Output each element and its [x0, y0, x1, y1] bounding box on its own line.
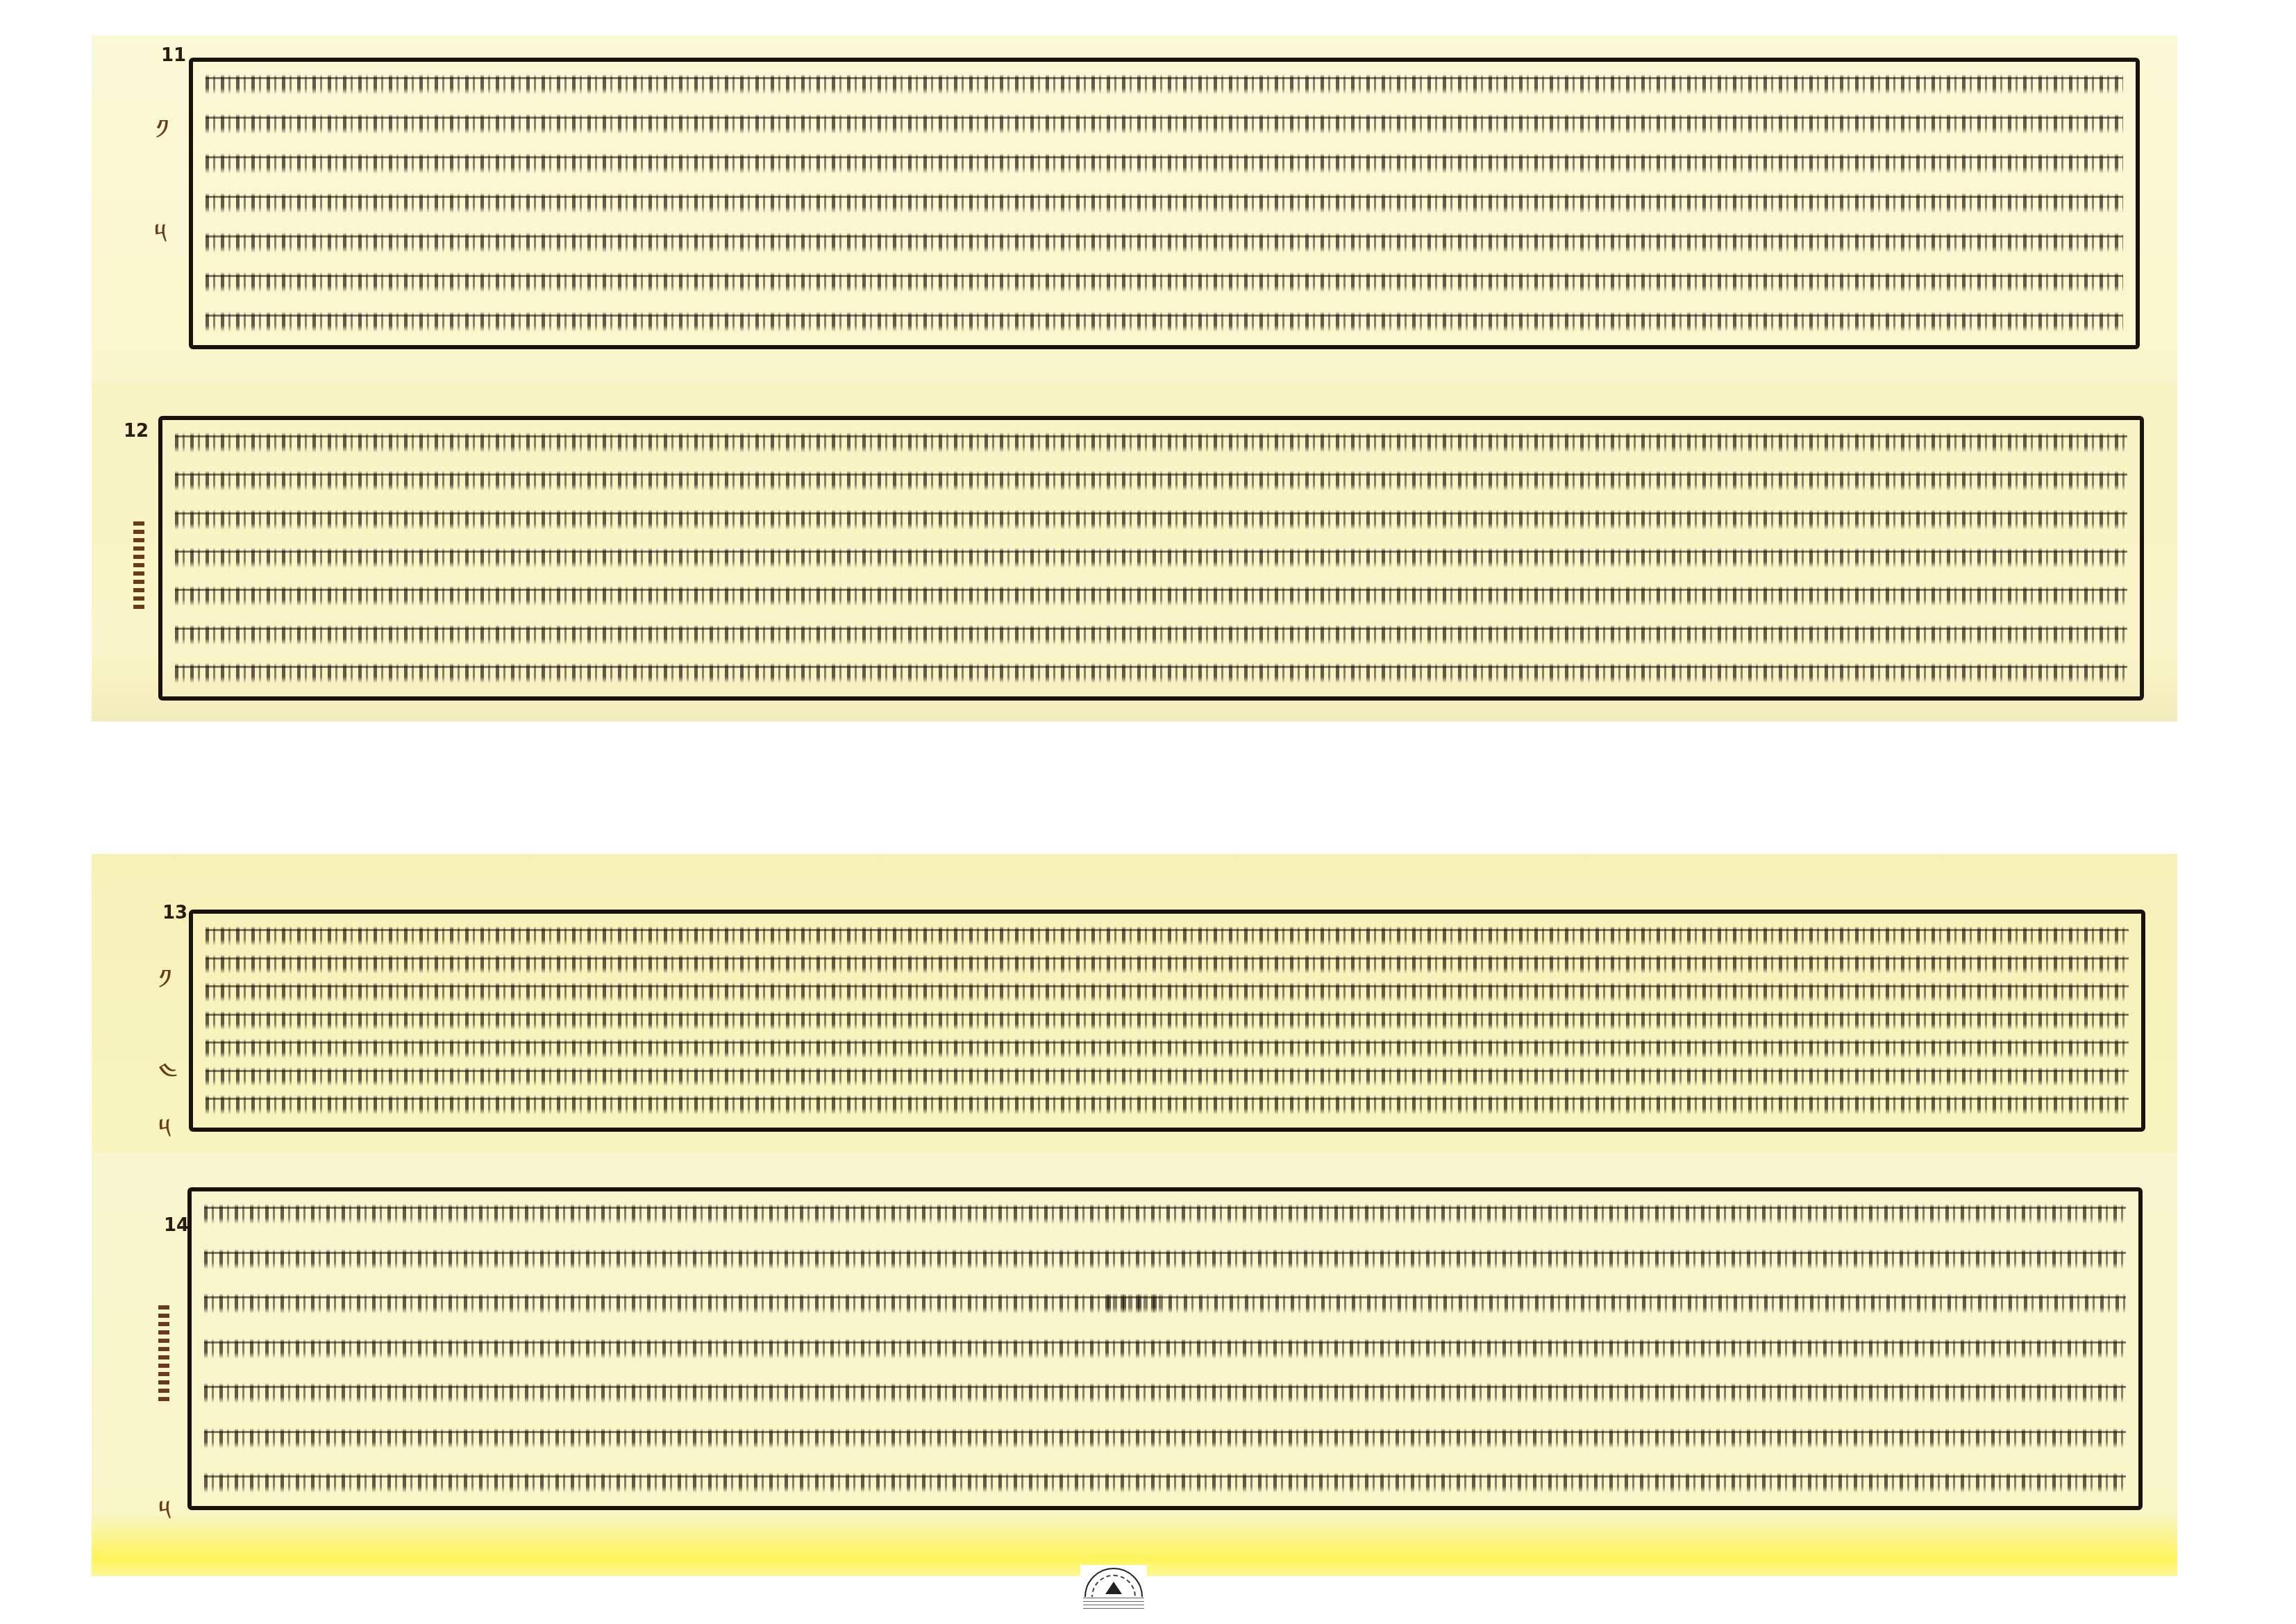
text-line: Tibetan handwritten text (not transcribe… — [206, 923, 2129, 952]
text-line: Tibetan handwritten text (not transcribe… — [204, 1470, 2126, 1499]
text-line: Tibetan handwritten text (not transcribe… — [206, 980, 2129, 1008]
margin-mark: ༥ — [154, 202, 167, 281]
seal-caption — [1083, 1598, 1144, 1609]
text-lines: Tibetan handwritten text (not transcribe… — [206, 923, 2129, 1121]
text-line: Tibetan handwritten text (not transcribe… — [175, 660, 2127, 689]
seal-mountain-icon — [1105, 1582, 1122, 1594]
text-line: Tibetan handwritten text (not transcribe… — [175, 583, 2127, 612]
upper-sheet: 11 ༡ ༥ Tibetan handwritten text (not tra… — [92, 35, 2177, 721]
text-line: Tibetan handwritten text (not transcribe… — [175, 545, 2127, 574]
text-line: Tibetan handwritten text (not transcribe… — [204, 1380, 2126, 1409]
page-number: 12 — [124, 421, 149, 442]
text-line: Tibetan handwritten text (not transcribe… — [175, 430, 2127, 459]
text-line: Tibetan handwritten text (not transcribe… — [175, 622, 2127, 651]
text-line: Tibetan handwritten text (not transcribe… — [206, 269, 2123, 299]
margin-mark: ༡ — [158, 948, 171, 1026]
text-frame: Tibetan handwritten text (not transcribe… — [158, 416, 2144, 701]
margin-mark: ༥ — [158, 1479, 171, 1557]
margin-note-vertical — [158, 1305, 169, 1403]
text-line: Tibetan handwritten text (not transcribe… — [204, 1425, 2126, 1455]
text-line: Tibetan handwritten text (not transcribe… — [204, 1201, 2126, 1230]
text-lines: Tibetan handwritten text (not transcribe… — [175, 430, 2127, 689]
text-frame: Tibetan handwritten text (not transcribe… — [189, 910, 2145, 1132]
text-line: Tibetan handwritten text (not transcribe… — [206, 1092, 2129, 1121]
folio-13: 13 ༡ ༤ ༥ Tibetan handwritten text (not t… — [92, 854, 2177, 1153]
text-line: Tibetan handwritten text (not transcribe… — [206, 309, 2123, 338]
text-line: Tibetan handwritten text (not transcribe… — [175, 468, 2127, 497]
text-line: Tibetan handwritten text (not transcribe… — [206, 1036, 2129, 1064]
publisher-seal-bottom — [1080, 1565, 1147, 1611]
page-number: 14 — [164, 1215, 189, 1236]
text-frame: Tibetan handwritten text (not transcribe… — [189, 58, 2140, 349]
page-number: 11 — [161, 45, 186, 66]
text-line: Tibetan handwritten text (not transcribe… — [206, 190, 2123, 219]
text-lines: Tibetan handwritten text (not transcribe… — [204, 1201, 2126, 1499]
folio-14: 14 ༥ Tibetan handwritten text (not trans… — [92, 1153, 2177, 1576]
text-line: Tibetan handwritten text (not transcribe… — [206, 72, 2123, 101]
text-line: Tibetan handwritten text (not transcribe… — [206, 1064, 2129, 1093]
text-line: Tibetan handwritten text (not transcribe… — [206, 111, 2123, 140]
lower-sheet: 13 ༡ ༤ ༥ Tibetan handwritten text (not t… — [92, 854, 2177, 1576]
text-lines: Tibetan handwritten text (not transcribe… — [206, 72, 2123, 338]
folio-11: 11 ༡ ༥ Tibetan handwritten text (not tra… — [92, 35, 2177, 383]
text-line: Tibetan handwritten text (not transcribe… — [204, 1336, 2126, 1365]
margin-note-vertical — [133, 521, 144, 612]
margin-mark: ༡ — [156, 98, 169, 176]
text-line: Tibetan handwritten text (not transcribe… — [204, 1246, 2126, 1275]
text-line: Tibetan handwritten text (not transcribe… — [206, 151, 2123, 180]
page-number: 13 — [162, 903, 187, 923]
text-line-section-break: Tibetan handwritten text (not transcribe… — [204, 1291, 2126, 1320]
text-line: Tibetan handwritten text (not transcribe… — [206, 1008, 2129, 1037]
folio-12: 12 Tibetan handwritten text (not transcr… — [92, 383, 2177, 721]
text-line: Tibetan handwritten text (not transcribe… — [206, 952, 2129, 980]
text-frame: Tibetan handwritten text (not transcribe… — [187, 1187, 2143, 1510]
text-line: Tibetan handwritten text (not transcribe… — [175, 507, 2127, 536]
text-line: Tibetan handwritten text (not transcribe… — [206, 230, 2123, 259]
